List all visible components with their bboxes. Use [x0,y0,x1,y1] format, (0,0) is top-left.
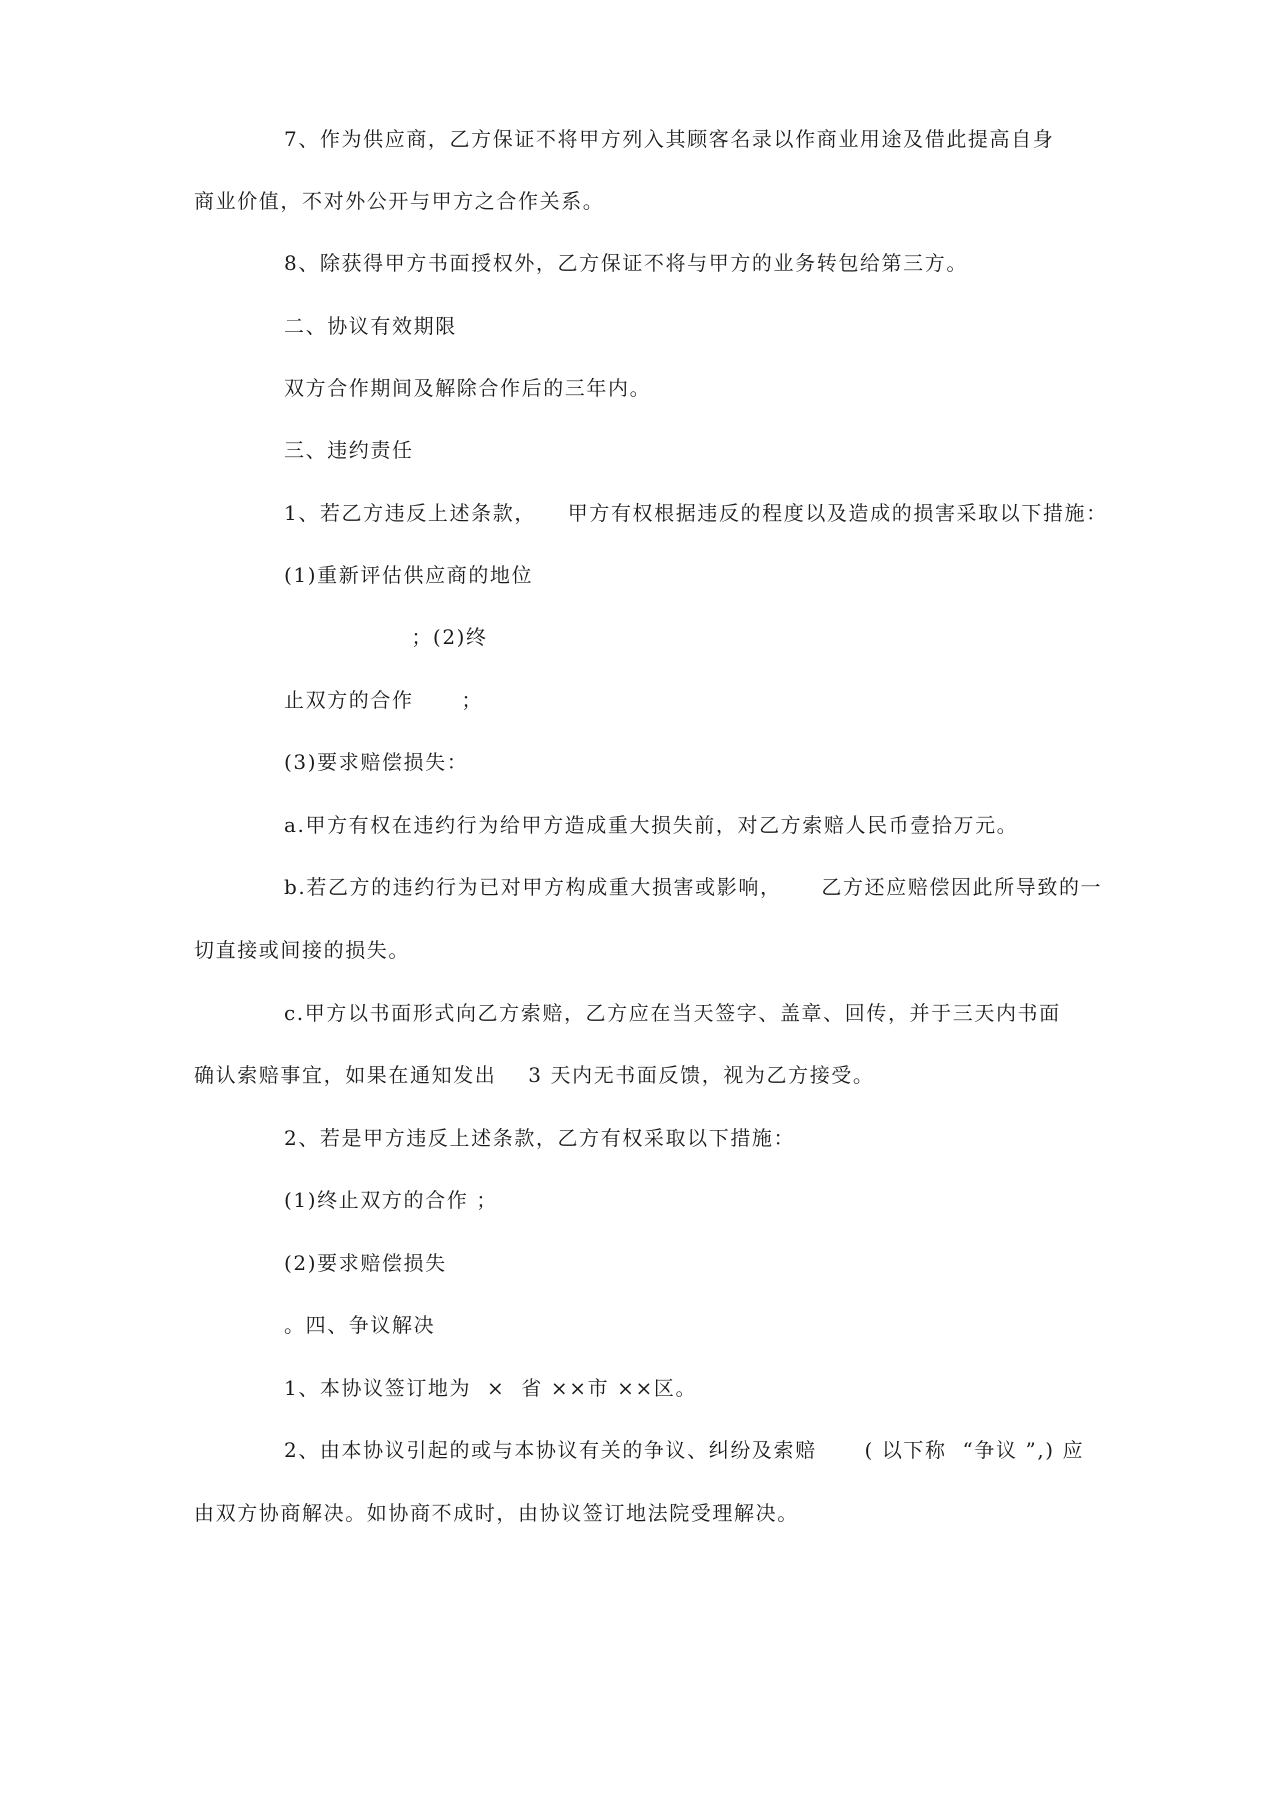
text-line: (2)要求赔偿损失 [284,1250,447,1276]
text-line: (3)要求赔偿损失： [284,749,468,775]
section-heading: 。四、争议解决 [284,1312,435,1338]
section-heading: 三、违约责任 [284,437,414,463]
text-line: b.若乙方的违约行为已对甲方构成重大损害或影响， 乙方还应赔偿因此所导致的一 [284,874,1102,900]
text-line: a.甲方有权在违约行为给甲方造成重大损失前，对乙方索赔人民币壹拾万元。 [284,812,1018,838]
text-line: 双方合作期间及解除合作后的三年内。 [284,375,651,401]
text-line: (1)终止双方的合作 ； [284,1187,498,1213]
text-line: c.甲方以书面形式向乙方索赔，乙方应在当天签字、盖章、回传，并于三天内书面 [284,1000,1061,1026]
text-line: 切直接或间接的损失。 [194,937,410,963]
text-line: (1)重新评估供应商的地位 [284,562,533,588]
text-line: 2、由本协议引起的或与本协议有关的争议、纠纷及索赔 ( 以下称 “争议 ”,) … [284,1437,1084,1463]
text-line: ；(2)终 [284,624,488,650]
text-line: 1、本协议签订地为 × 省 ××市 ××区。 [284,1375,697,1401]
text-line: 止双方的合作 ； [284,687,483,713]
text-line: 商业价值，不对外公开与甲方之合作关系。 [194,188,604,214]
text-line: 确认索赔事宜，如果在通知发出 3 天内无书面反馈，视为乙方接受。 [194,1062,875,1088]
text-line: 2、若是甲方违反上述条款，乙方有权采取以下措施： [284,1125,795,1151]
text-line: 1、若乙方违反上述条款， 甲方有权根据违反的程度以及造成的损害采取以下措施： [284,500,1108,526]
text-line: 8、除获得甲方书面授权外，乙方保证不将与甲方的业务转包给第三方。 [284,250,968,276]
document-page: 7、作为供应商，乙方保证不将甲方列入其顾客名录以作商业用途及借此提高自身 商业价… [0,0,1280,1812]
text-line: 由双方协商解决。如协商不成时，由协议签订地法院受理解决。 [194,1500,799,1526]
text-line: 7、作为供应商，乙方保证不将甲方列入其顾客名录以作商业用途及借此提高自身 [284,126,1054,152]
section-heading: 二、协议有效期限 [284,313,457,339]
